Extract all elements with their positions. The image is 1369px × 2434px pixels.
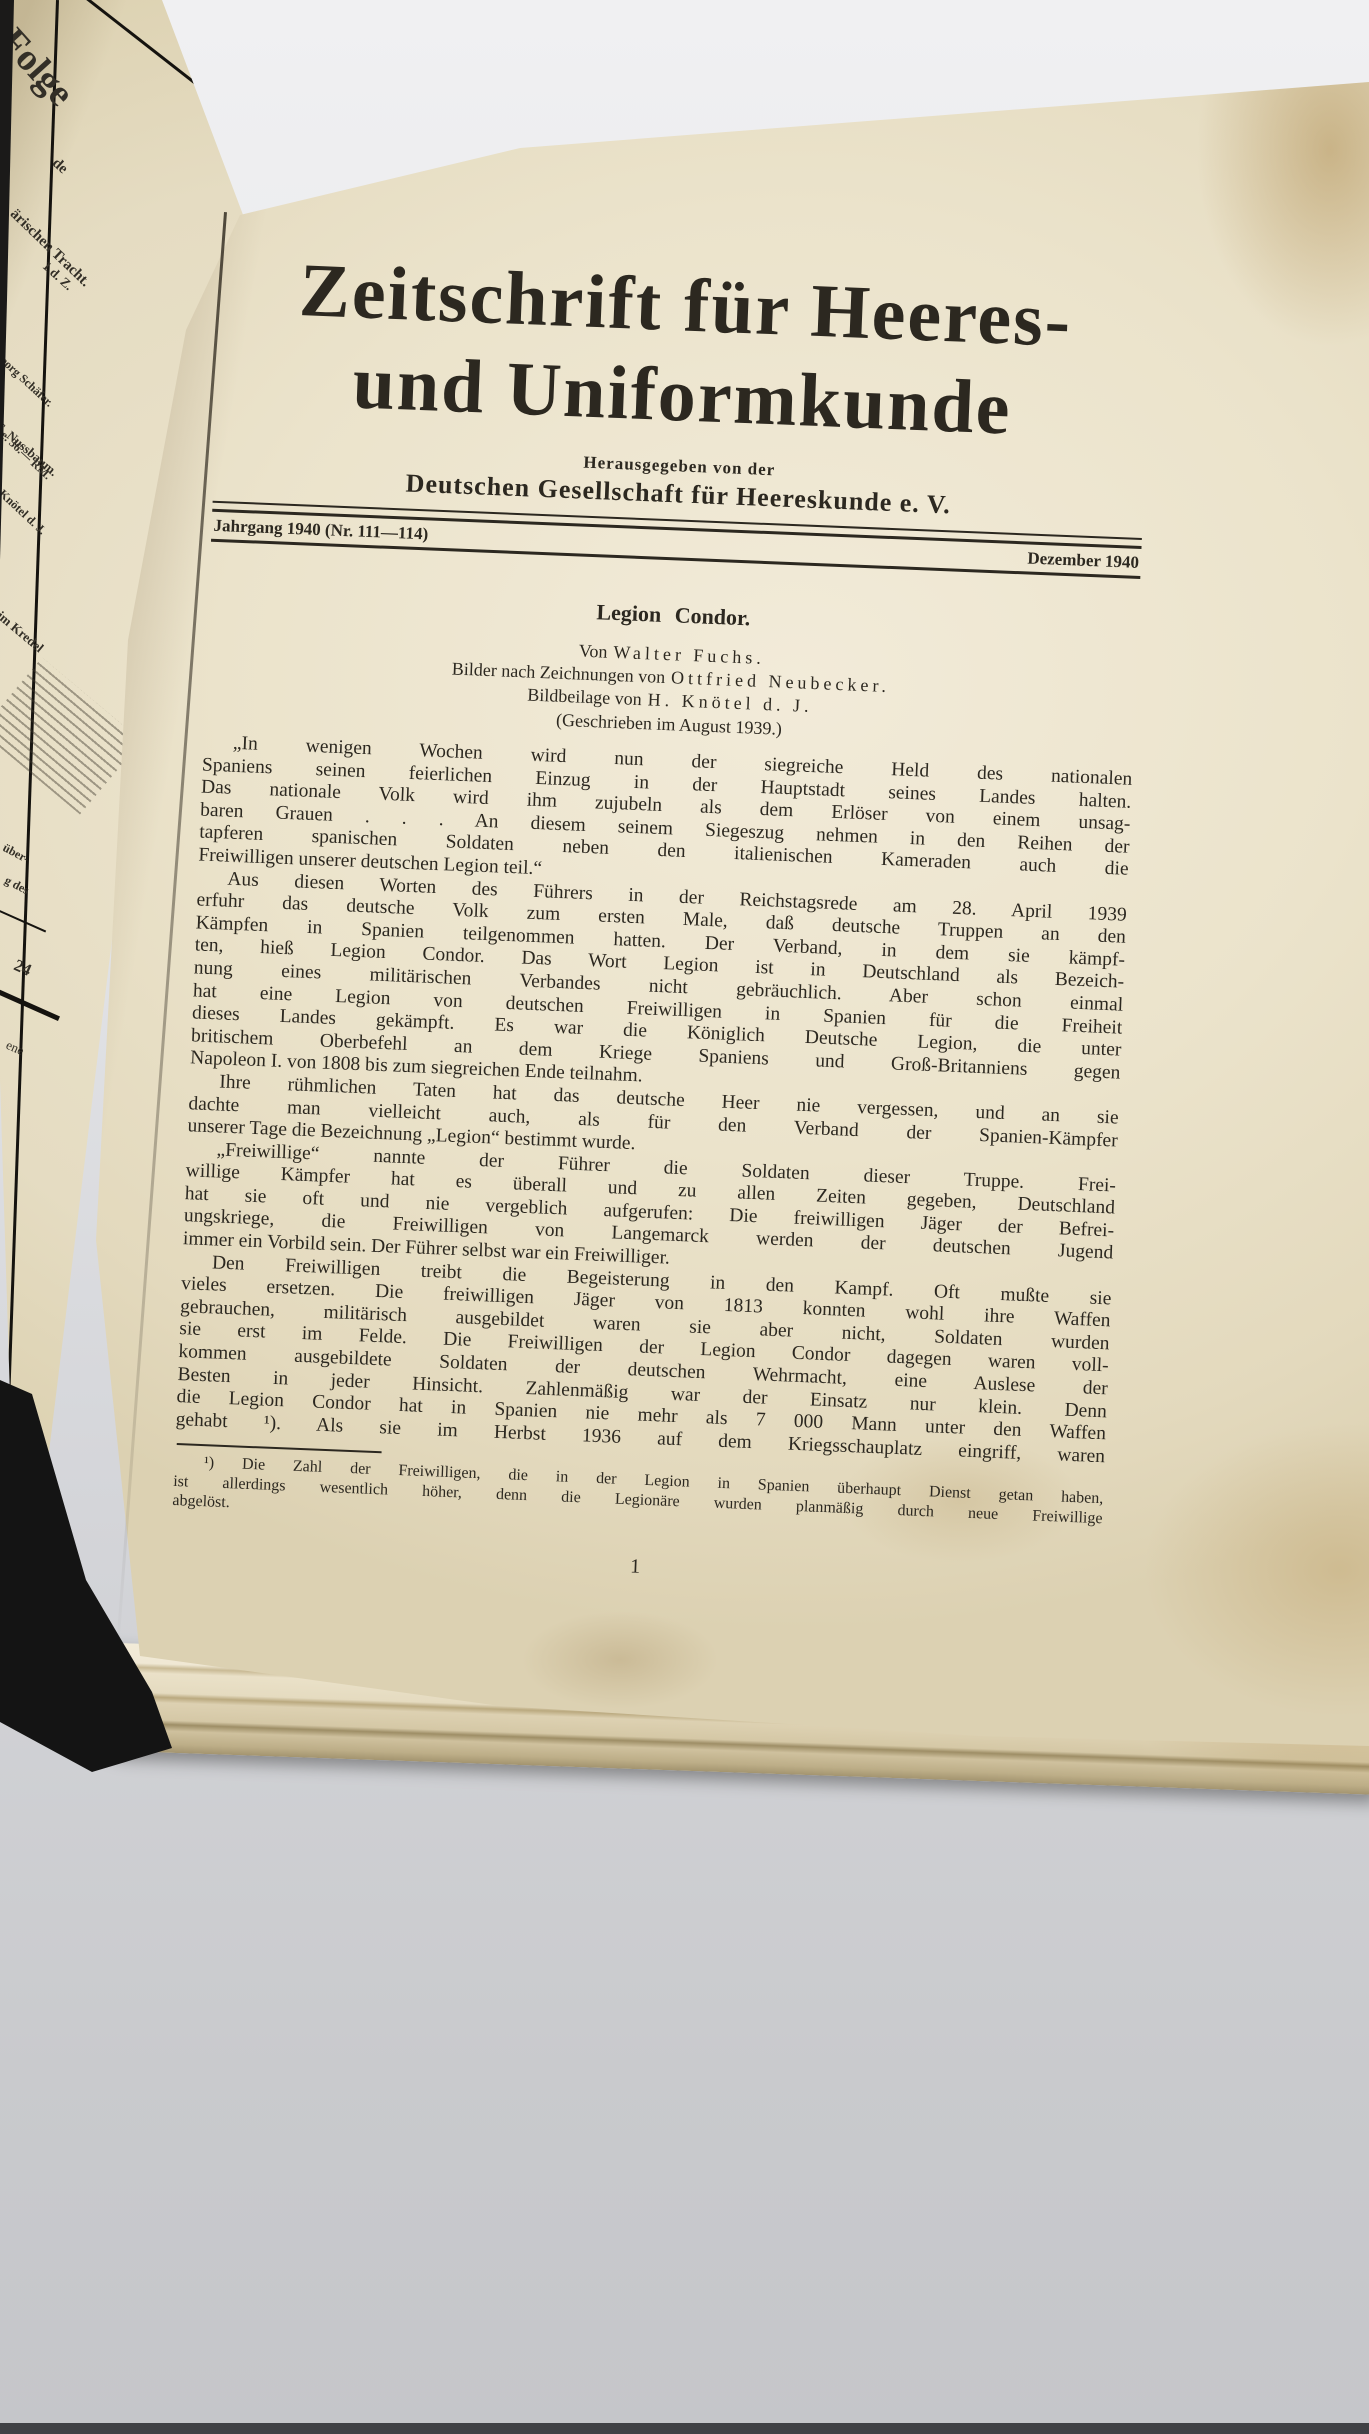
paragraph: Den Freiwilligen treibt die Begeisterung… bbox=[175, 1251, 1112, 1469]
paragraph: ¹) Die Zahl der Freiwilligen, die in der… bbox=[172, 1452, 1104, 1548]
journal-masthead: Zeitschrift für Heeres- und Uniformkunde bbox=[216, 242, 1152, 459]
facing-page-text: noß, Georg Schäfer. bbox=[0, 330, 56, 410]
credit-prefix: Bildbeilage von bbox=[527, 685, 642, 710]
printed-content: Zeitschrift für Heeres- und Uniformkunde… bbox=[170, 168, 1155, 1597]
facing-page-text: im Kredel bbox=[0, 608, 47, 656]
footnote: ¹) Die Zahl der Freiwilligen, die in der… bbox=[172, 1452, 1104, 1548]
bottom-photo-border bbox=[0, 2423, 1369, 2434]
article-body: „In wenigen Wochen wird nun der siegreic… bbox=[175, 732, 1132, 1469]
byline-prefix: Von bbox=[578, 641, 607, 662]
facing-page-text: 24 bbox=[11, 955, 35, 980]
facing-page-text: ene bbox=[4, 1037, 27, 1059]
paragraph: Aus diesen Worten des Führers in der Rei… bbox=[190, 867, 1127, 1108]
footnote-rule bbox=[177, 1443, 382, 1453]
facing-page-border-line bbox=[76, 0, 228, 109]
book-photo: { "colors": { "paper": "#ebe3cb", "ink":… bbox=[0, 0, 1369, 2434]
facing-page-heavy-rule bbox=[0, 988, 60, 1021]
issue-date: Dezember 1940 bbox=[1027, 544, 1140, 575]
